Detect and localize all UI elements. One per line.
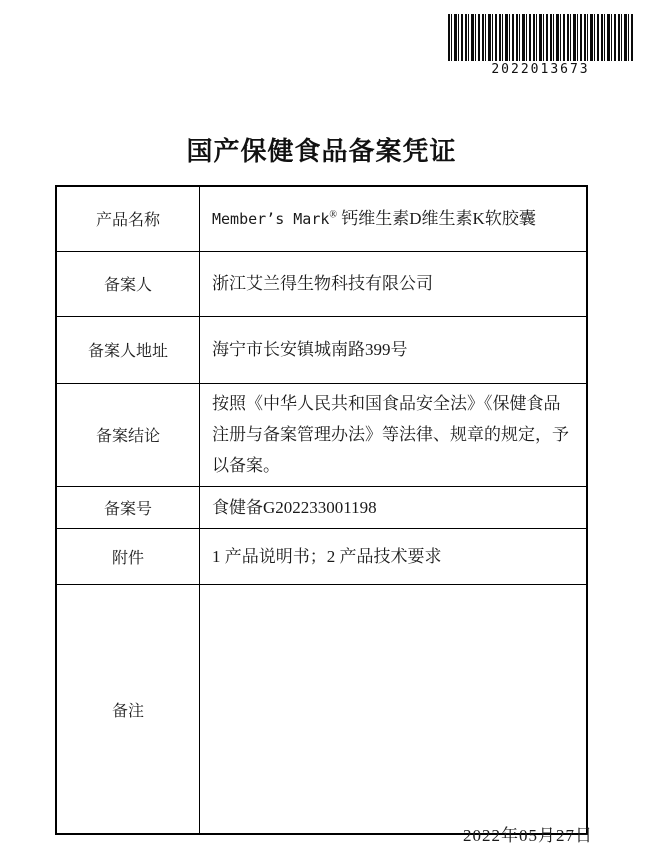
table-row-registrant-address: 备案人地址 海宁市长安镇城南路399号 — [56, 316, 587, 383]
row-label-attachments: 附件 — [56, 528, 200, 584]
row-label-registrant-address: 备案人地址 — [56, 316, 200, 383]
issue-date: 2022年05月27日 — [55, 821, 593, 846]
table-row-product-name: 产品名称 Member’s Mark® 钙维生素D维生素K软胶囊 — [56, 186, 587, 251]
table-row-registrant: 备案人 浙江艾兰得生物科技有限公司 — [56, 251, 587, 316]
barcode-number: 2022013673 — [448, 62, 633, 77]
barcode: 2022013673 — [448, 14, 633, 77]
row-value-attachments: 1 产品说明书；2 产品技术要求 — [200, 528, 588, 584]
brand-name: Member’s Mark — [212, 210, 329, 228]
row-value-remarks — [200, 584, 588, 834]
row-label-filing-conclusion: 备案结论 — [56, 383, 200, 486]
row-label-filing-number: 备案号 — [56, 486, 200, 528]
row-label-remarks: 备注 — [56, 584, 200, 834]
registered-trademark-icon: ® — [329, 209, 337, 220]
table-row-filing-conclusion: 备案结论 按照《中华人民共和国食品安全法》《保健食品注册与备案管理办法》等法律、… — [56, 383, 587, 486]
row-value-filing-number: 食健备G202233001198 — [200, 486, 588, 528]
certificate-page: 2022013673 国产保健食品备案凭证 产品名称 Member’s Mark… — [0, 0, 663, 864]
certificate-table: 产品名称 Member’s Mark® 钙维生素D维生素K软胶囊 备案人 浙江艾… — [55, 185, 588, 835]
row-label-registrant: 备案人 — [56, 251, 200, 316]
row-value-registrant: 浙江艾兰得生物科技有限公司 — [200, 251, 588, 316]
row-value-registrant-address: 海宁市长安镇城南路399号 — [200, 316, 588, 383]
table-row-attachments: 附件 1 产品说明书；2 产品技术要求 — [56, 528, 587, 584]
product-name-cn: 钙维生素D维生素K软胶囊 — [337, 209, 536, 228]
table-row-remarks: 备注 — [56, 584, 587, 834]
table-row-filing-number: 备案号 食健备G202233001198 — [56, 486, 587, 528]
document-title: 国产保健食品备案凭证 — [55, 131, 588, 168]
row-value-filing-conclusion: 按照《中华人民共和国食品安全法》《保健食品注册与备案管理办法》等法律、规章的规定… — [200, 383, 588, 486]
row-label-product-name: 产品名称 — [56, 186, 200, 251]
barcode-bars-icon — [448, 14, 633, 61]
row-value-product-name: Member’s Mark® 钙维生素D维生素K软胶囊 — [200, 186, 588, 251]
